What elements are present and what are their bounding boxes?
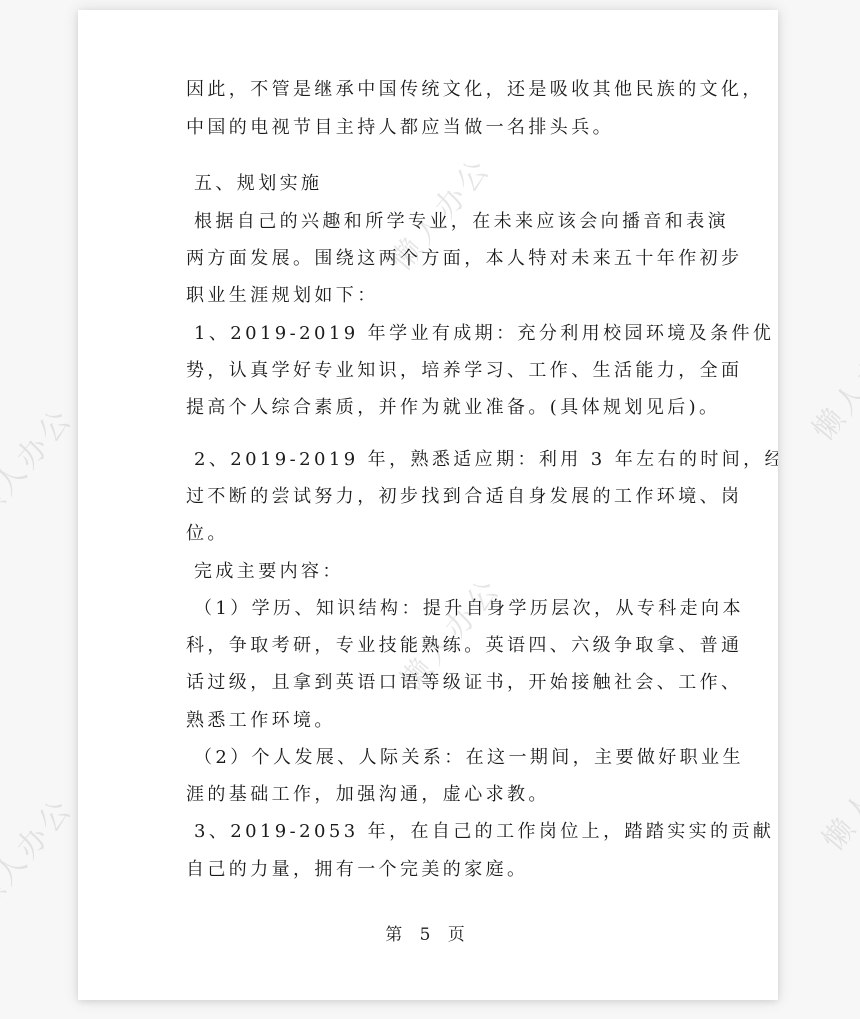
text-line: 熟悉工作环境。 bbox=[186, 709, 336, 733]
watermark-left-2: 懒人办公 bbox=[0, 786, 81, 918]
document-page: 懒人办公 懒人办公 因此，不管是继承中国传统文化，还是吸收其他民族的文化，中国的… bbox=[78, 10, 778, 1000]
text-line: 因此，不管是继承中国传统文化，还是吸收其他民族的文化， bbox=[186, 78, 764, 102]
text-line: 科，争取考研，专业技能熟练。英语四、六级争取拿、普通 bbox=[186, 634, 742, 658]
watermark-right-2: 懒人办公 bbox=[810, 726, 860, 858]
text-line: 势，认真学好专业知识，培养学习、工作、生活能力，全面 bbox=[186, 359, 742, 383]
watermark-right-1: 懒人办公 bbox=[800, 316, 860, 448]
text-line: 中国的电视节目主持人都应当做一名排头兵。 bbox=[186, 116, 614, 140]
text-line: 根据自己的兴趣和所学专业，在未来应该会向播音和表演 bbox=[194, 210, 729, 234]
text-line: 1、2019-2019 年学业有成期：充分利用校园环境及条件优 bbox=[194, 322, 774, 346]
text-line: 话过级，且拿到英语口语等级证书，开始接触社会、工作、 bbox=[186, 671, 742, 695]
text-line: （2）个人发展、人际关系：在这一期间，主要做好职业生 bbox=[194, 746, 744, 770]
text-line: 涯的基础工作，加强沟通，虚心求教。 bbox=[186, 783, 550, 807]
text-line: 五、规划实施 bbox=[194, 172, 322, 196]
page-number: 第 5 页 bbox=[78, 920, 778, 945]
text-line: 两方面发展。围绕这两个方面，本人特对未来五十年作初步 bbox=[186, 247, 742, 271]
watermark-left-1: 懒人办公 bbox=[0, 396, 81, 528]
text-line: 2、2019-2019 年，熟悉适应期：利用 3 年左右的时间，经 bbox=[194, 448, 778, 472]
text-line: （1）学历、知识结构：提升自身学历层次，从专科走向本 bbox=[194, 597, 744, 621]
text-line: 自己的力量，拥有一个完美的家庭。 bbox=[186, 858, 528, 882]
text-line: 3、2019-2053 年，在自己的工作岗位上，踏踏实实的贡献 bbox=[194, 820, 774, 844]
text-line: 提高个人综合素质，并作为就业准备。(具体规划见后)。 bbox=[186, 396, 720, 420]
text-line: 职业生涯规划如下： bbox=[186, 284, 379, 308]
text-line: 完成主要内容： bbox=[194, 560, 344, 584]
text-line: 过不断的尝试努力，初步找到合适自身发展的工作环境、岗 bbox=[186, 485, 742, 509]
text-line: 位。 bbox=[186, 522, 229, 546]
